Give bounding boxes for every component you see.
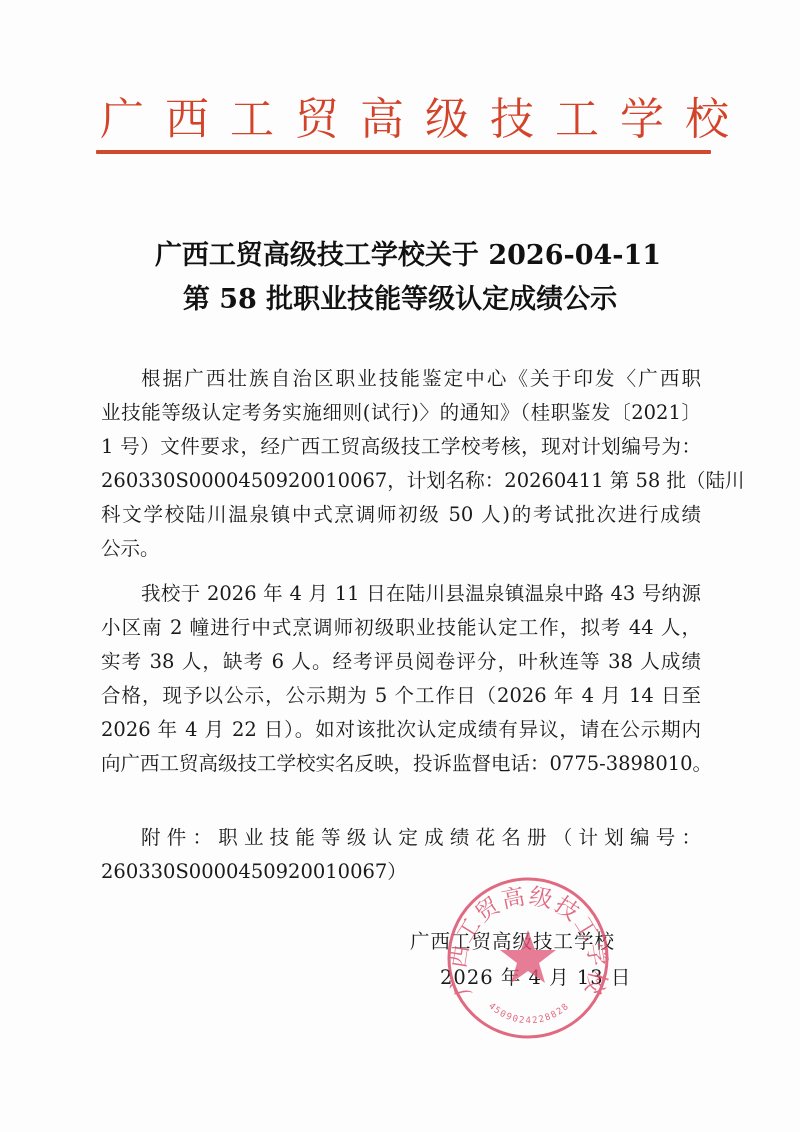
paragraph-line: 我校于 2026 年 4 月 11 日在陆川县温泉镇温泉中路 43 号纳源 <box>101 577 701 611</box>
document-title-line-2: 第 58 批职业技能等级认定成绩公示 <box>0 280 800 320</box>
paragraph-line: 小区南 2 幢进行中式烹调师初级职业技能认定工作，拟考 44 人， <box>101 611 701 645</box>
paragraph-line: 260330S0000450920010067，计划名称：20260411 第 … <box>101 464 701 498</box>
paragraph-line: 2026 年 4 月 22 日）。如对该批次认定成绩有异议，请在公示期内 <box>101 713 701 747</box>
attachment-plan-number: 260330S0000450920010067） <box>101 855 701 889</box>
signature-date: 2026 年 4 月 13 日 <box>440 962 631 990</box>
svg-text:4509024228828: 4509024228828 <box>486 1001 572 1026</box>
paragraph-line: 合格，现予以公示，公示期为 5 个工作日（2026 年 4 月 14 日至 <box>101 679 701 713</box>
signature-organization: 广西工贸高级技工学校 <box>410 926 615 954</box>
paragraph-attachment: 附件：职业技能等级认定成绩花名册（计划编号： 260330S0000450920… <box>101 821 701 889</box>
paragraph-line: 业技能等级认定考务实施细则(试行)〉的通知》（桂职鉴发〔2021〕 <box>101 396 701 430</box>
official-seal-icon: 广西工贸高级技工学校 4509024228828 <box>445 875 611 1041</box>
attachment-line: 附件：职业技能等级认定成绩花名册（计划编号： <box>101 821 701 855</box>
letterhead-school-name: 广西工贸高级技工学校 <box>100 92 720 148</box>
paragraph-line: 1 号）文件要求，经广西工贸高级技工学校考核，现对计划编号为： <box>101 430 701 464</box>
paragraph-basis: 根据广西壮族自治区职业技能鉴定中心《关于印发〈广西职 业技能等级认定考务实施细则… <box>101 362 701 566</box>
paragraph-line: 科文学校陆川温泉镇中式烹调师初级 50 人)的考试批次进行成绩 <box>101 498 701 532</box>
letterhead-red-rule <box>96 150 711 154</box>
paragraph-line: 公示。 <box>101 532 701 566</box>
stamp-code: 4509024228828 <box>486 1001 572 1026</box>
paragraph-line: 向广西工贸高级技工学校实名反映，投诉监督电话：0775-3898010。 <box>101 747 701 781</box>
document-title-line-1: 广西工贸高级技工学校关于 2026-04-11 <box>8 236 800 276</box>
paragraph-line: 根据广西壮族自治区职业技能鉴定中心《关于印发〈广西职 <box>101 362 701 396</box>
paragraph-line: 实考 38 人，缺考 6 人。经考评员阅卷评分，叶秋连等 38 人成绩 <box>101 645 701 679</box>
paragraph-details: 我校于 2026 年 4 月 11 日在陆川县温泉镇温泉中路 43 号纳源 小区… <box>101 577 701 781</box>
document-page: 广西工贸高级技工学校 广西工贸高级技工学校关于 2026-04-11 第 58 … <box>0 0 800 1132</box>
